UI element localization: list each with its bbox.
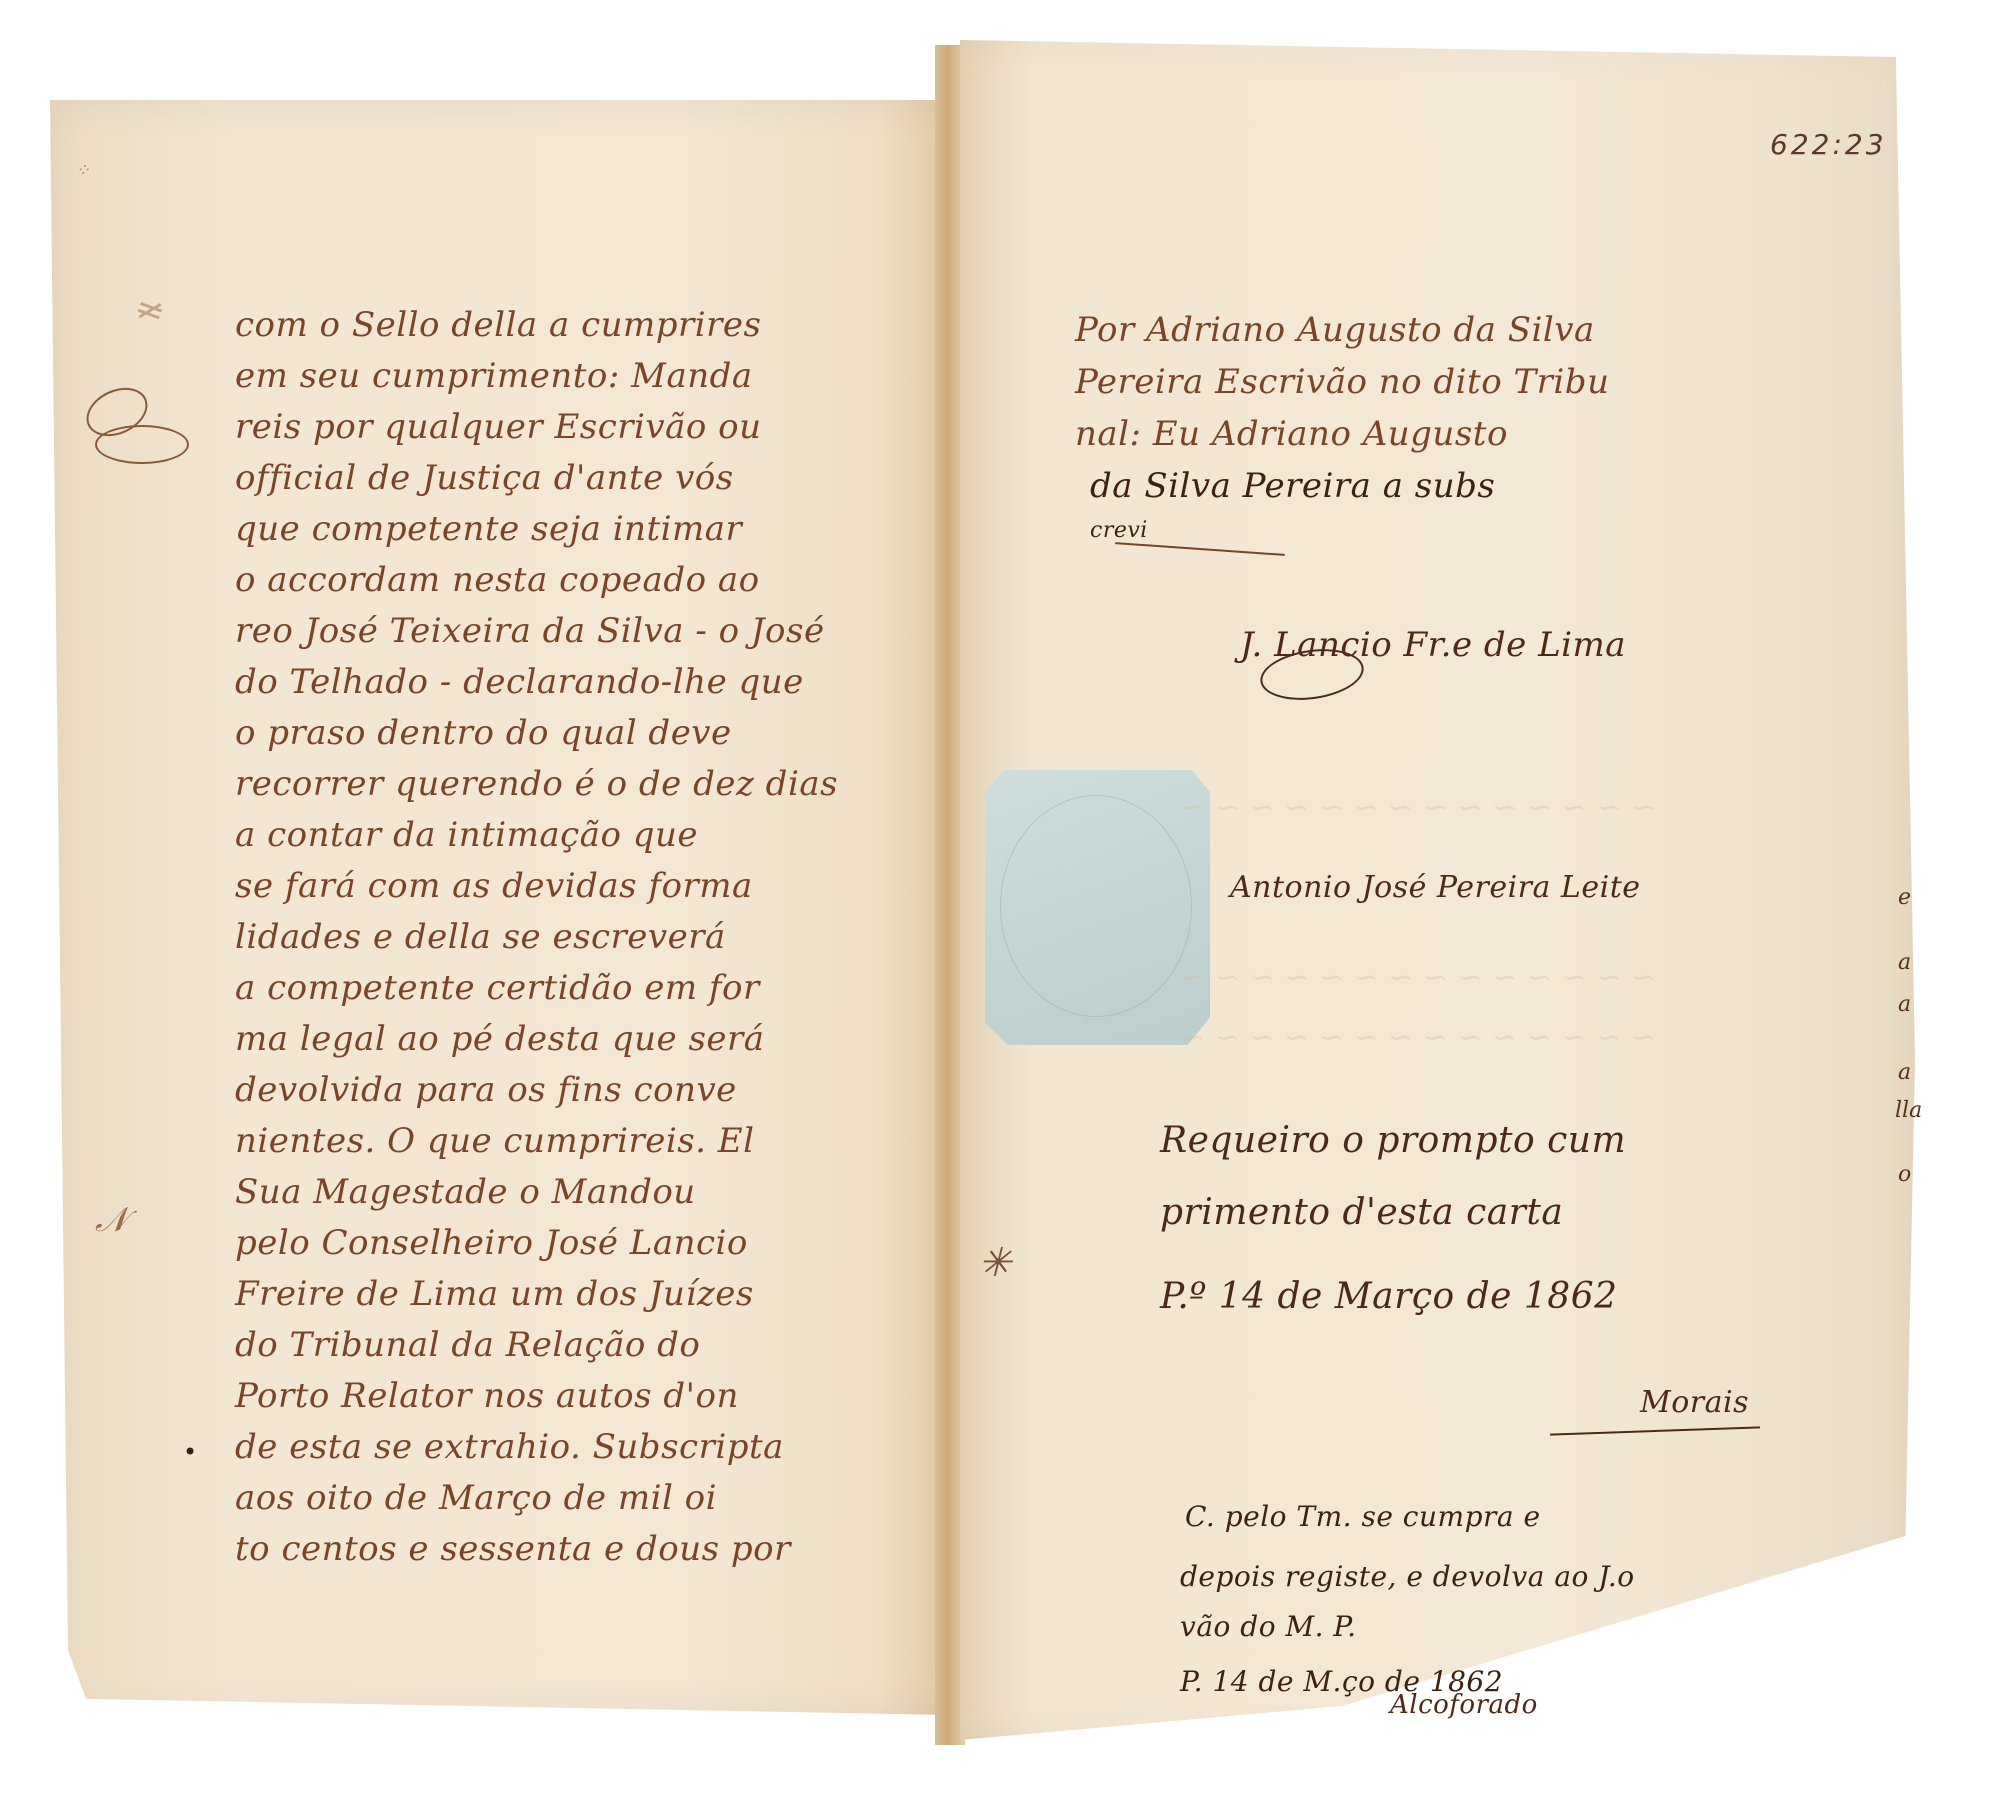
text-line: reo José Teixeira da Silva - o José (235, 611, 825, 651)
signature-antonio-jose-pereira-leite: Antonio José Pereira Leite (1230, 870, 1641, 905)
text-line: da Silva Pereira a subs (1090, 466, 1495, 506)
edge-mark: e (1898, 885, 1911, 910)
signature-morais: Morais (1640, 1385, 1749, 1420)
text-line: nientes. O que cumprireis. El (235, 1121, 755, 1161)
text-line: lidades e della se escreverá (235, 917, 726, 957)
text-line: Sua Magestade o Mandou (235, 1172, 696, 1212)
text-line: pelo Conselheiro José Lancio (235, 1223, 748, 1263)
text-line: depois registe, e devolva ao J.o (1180, 1560, 1635, 1593)
text-line: com o Sello della a cumprires (235, 305, 761, 345)
text-line: Pereira Escrivão no dito Tribu (1075, 362, 1609, 402)
text-line: em seu cumprimento: Manda (235, 356, 753, 396)
text-line: C. pelo Tm. se cumpra e (1185, 1500, 1541, 1533)
text-line: nal: Eu Adriano Augusto (1075, 414, 1508, 454)
seal-emboss-icon (1000, 795, 1192, 1017)
edge-mark: o (1898, 1162, 1911, 1187)
date-line: P.º 14 de Março de 1862 (1160, 1276, 1618, 1317)
edge-mark: a (1898, 992, 1911, 1017)
ink-dot: • (183, 1438, 197, 1466)
edge-mark: a (1898, 950, 1911, 975)
margin-flourish-icon (95, 425, 189, 464)
text-line: a competente certidão em for (235, 968, 760, 1008)
text-line: aos oito de Março de mil oi (235, 1478, 717, 1518)
manuscript-spread: ⁘ ≠ 𝒩 • com o Sello della a cumprires em… (0, 0, 2000, 1794)
text-line: Por Adriano Augusto da Silva (1075, 310, 1595, 350)
text-line: primento d'esta carta (1160, 1192, 1563, 1233)
text-line: se fará com as devidas forma (235, 866, 753, 906)
ink-speckle: ⁘ (75, 160, 90, 181)
text-line: recorrer querendo é o de dez dias (235, 764, 838, 804)
text-line: Requeiro o prompto cum (1160, 1120, 1626, 1161)
text-line: a contar da intimação que (235, 815, 698, 855)
edge-mark: a (1898, 1060, 1911, 1085)
signature-alcoforado: Alcoforado (1390, 1690, 1538, 1720)
edge-mark: lla (1895, 1098, 1922, 1123)
text-line: de esta se extrahio. Subscripta (235, 1427, 784, 1467)
text-line: do Telhado - declarando-lhe que (235, 662, 804, 702)
margin-mark: 𝒩 (95, 1200, 128, 1240)
text-line: vão do M. P. (1180, 1610, 1357, 1643)
text-line: o accordam nesta copeado ao (235, 560, 760, 600)
bleed-through-text: ~ ~ ~ ~ ~ ~ ~ ~ ~ ~ ~ ~ ~ ~ (1180, 960, 1656, 995)
text-line: official de Justiça d'ante vós (235, 458, 734, 498)
text-line: que competente seja intimar (235, 509, 742, 549)
text-line: Freire de Lima um dos Juízes (235, 1274, 754, 1314)
text-line: o praso dentro do qual deve (235, 713, 732, 753)
embossed-seal-stamp (985, 770, 1210, 1045)
text-line: devolvida para os fins conve (235, 1070, 737, 1110)
text-line: to centos e sessenta e dous por (235, 1529, 791, 1569)
text-line: do Tribunal da Relação do (235, 1325, 700, 1365)
bleed-through-text: ~ ~ ~ ~ ~ ~ ~ ~ ~ ~ ~ ~ ~ ~ (1180, 1020, 1656, 1055)
text-line: crevi (1090, 518, 1148, 543)
folio-number: 622:23 (1770, 128, 1887, 161)
text-line: reis por qualquer Escrivão ou (235, 407, 762, 447)
text-line: ma legal ao pé desta que será (235, 1019, 765, 1059)
ink-blot: ✳ (978, 1240, 1012, 1286)
bleed-through-text: ~ ~ ~ ~ ~ ~ ~ ~ ~ ~ ~ ~ ~ ~ (1180, 790, 1656, 825)
text-line: Porto Relator nos autos d'on (235, 1376, 739, 1416)
